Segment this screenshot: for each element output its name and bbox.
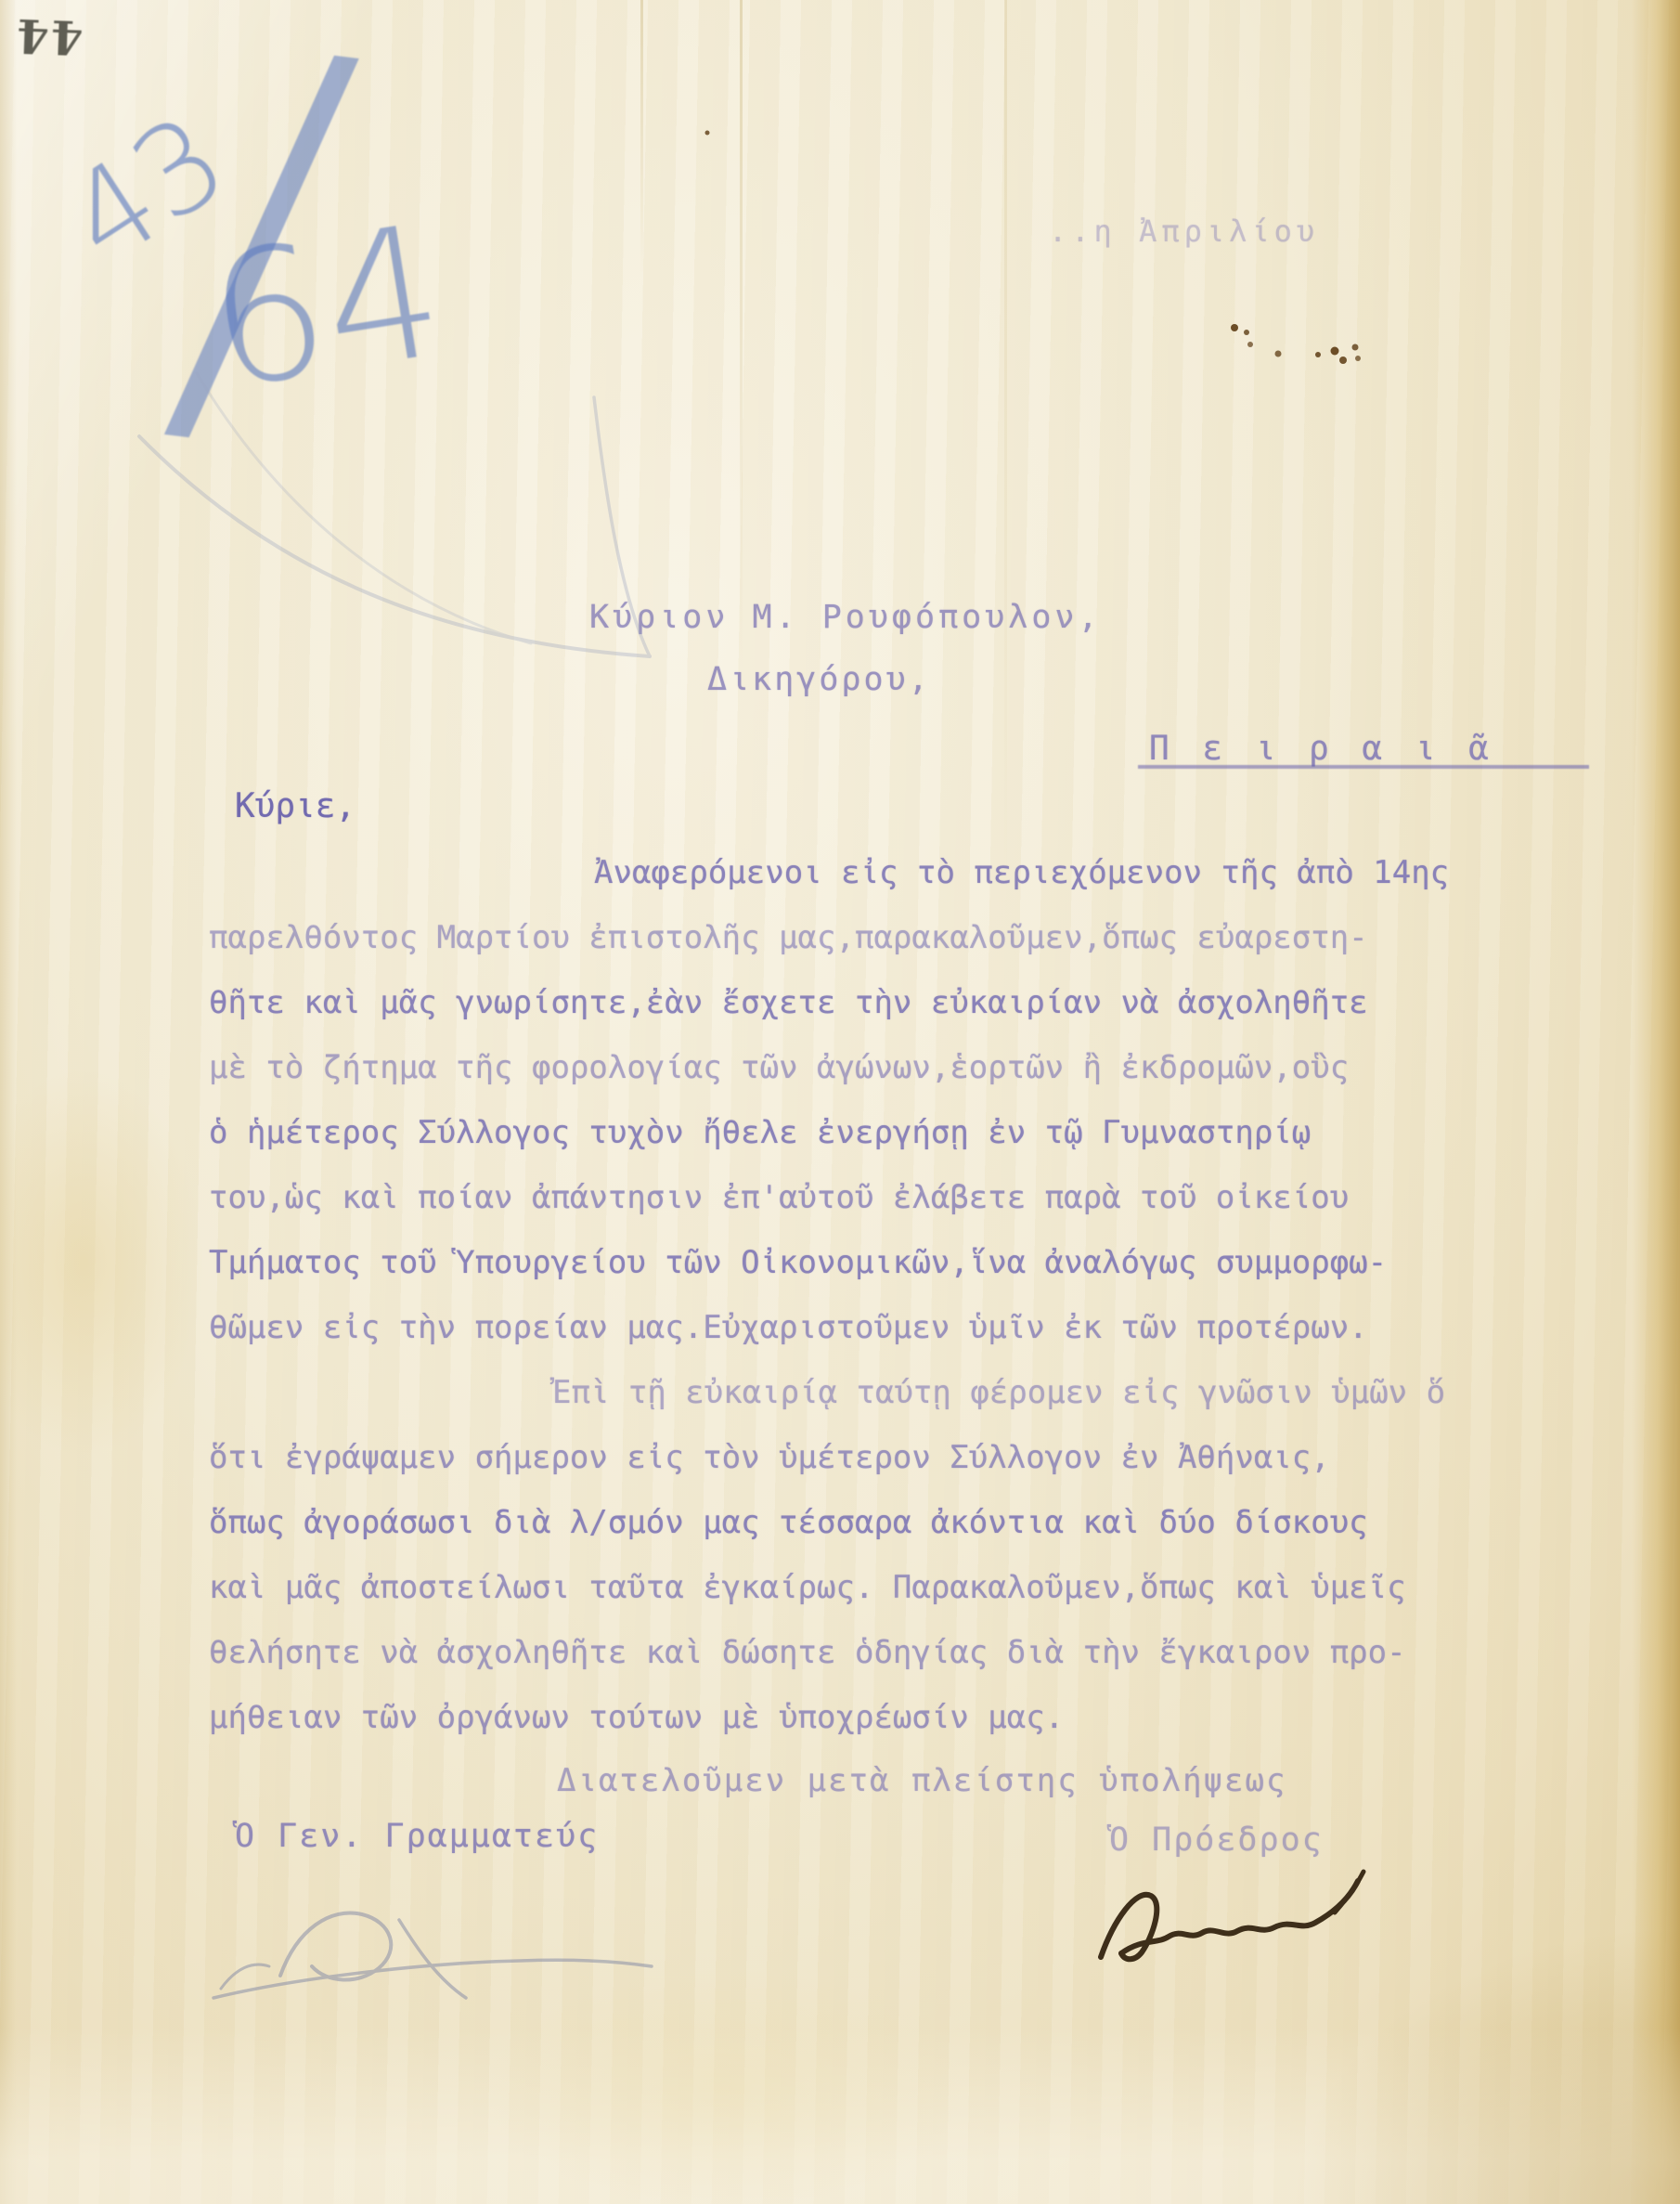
- handwriting-overlay: [0, 0, 1680, 2204]
- secretary-signature: [213, 1912, 652, 1998]
- ink-specks: [705, 131, 1362, 365]
- pencil-arc: [139, 373, 650, 656]
- president-signature: [1101, 1872, 1363, 1959]
- letter-page: 44 / 43 64 ..η Ἀπριλίου Κύριον Μ. Ρουφόπ…: [0, 0, 1680, 2204]
